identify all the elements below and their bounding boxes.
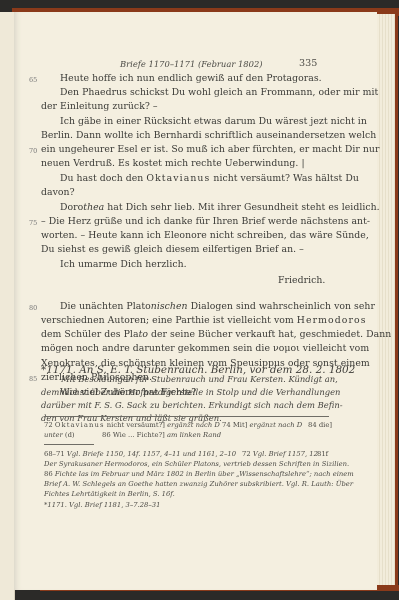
text-line: Den Phaedrus schickst Du wohl gleich an … bbox=[60, 87, 378, 98]
text-span: der seine Bücher verkauft hat, geschmied… bbox=[148, 329, 391, 340]
note-italic: Vgl. Briefe 1150, 14f. 1157, 4–11 und 11… bbox=[67, 450, 236, 458]
note-italic: ergänzt nach D bbox=[167, 421, 220, 429]
note-ref: 74 bbox=[222, 421, 233, 429]
note-italic: Fichte las im Februar und März 1802 in B… bbox=[55, 470, 354, 478]
text-span: hat Dich sehr lieb. Mit ihrer Gesundheit… bbox=[104, 202, 379, 213]
text-span: Dialogen sind wahrscheinlich von sehr bbox=[188, 301, 375, 312]
text-line: – Die Herz grüße und ich danke für Ihren… bbox=[41, 216, 370, 227]
text-line: der Einleitung zurück? – bbox=[41, 101, 158, 112]
line-number: 80 bbox=[29, 304, 37, 312]
note-text: (d) bbox=[63, 431, 75, 439]
text-line: mögen noch andre darunter gekommen sein … bbox=[41, 343, 369, 354]
text-line: worten. – Heute kann ich Eleonore nicht … bbox=[41, 230, 369, 241]
apparatus-line: 74 Mit] ergänzt nach D bbox=[222, 421, 302, 429]
text-span: nicht versäumt? Was hältst Du bbox=[210, 173, 358, 184]
text-line: Dorothea hat Dich sehr lieb. Mit ihrer G… bbox=[60, 202, 380, 213]
note-ref: 86 bbox=[102, 431, 113, 439]
spaced-name: Oktavianus bbox=[146, 173, 210, 184]
regest-line: Mit Besoldungen für Stubenrauch und Frau… bbox=[61, 374, 338, 384]
commentary-rule bbox=[44, 444, 94, 445]
note-italic: unter bbox=[44, 431, 63, 439]
note-italic: Fichtes Lehrtätigkeit in Berlin, S. 16f. bbox=[44, 490, 175, 498]
regest-line: demnächst über die Hofpredigerstelle in … bbox=[41, 387, 340, 397]
note-italic: Vgl. Brief 1157, 12 bbox=[253, 450, 318, 458]
note-text: nicht versäumt?] bbox=[105, 421, 167, 429]
note-italic: Brief A. W. Schlegels an Goethe hatten z… bbox=[44, 480, 353, 488]
apparatus-rule bbox=[44, 416, 329, 417]
commentary-line: 81f bbox=[317, 450, 328, 458]
note-text: die] bbox=[319, 421, 332, 429]
text-span: verschiednen Autoren; eine Parthie ist v… bbox=[41, 315, 297, 326]
note-italic: ergänzt nach D bbox=[250, 421, 303, 429]
note-italic: Vgl. Brief 1181, 3–7.28–31 bbox=[67, 501, 161, 509]
note-ref: 86 bbox=[44, 470, 55, 478]
spaced-name: Hermodoros bbox=[297, 315, 367, 326]
text-line: Du hast doch den Oktavianus nicht versäu… bbox=[60, 173, 359, 184]
line-number: 75 bbox=[29, 219, 37, 227]
commentary-line: Der Syrakusaner Hermodoros, ein Schüler … bbox=[44, 460, 349, 468]
page-stack-edges bbox=[377, 14, 395, 588]
commentary-line: Fichtes Lehrtätigkeit in Berlin, S. 16f. bbox=[44, 490, 175, 498]
italic-span: to bbox=[139, 329, 148, 340]
running-title: Briefe 1170–1171 (Februar 1802) bbox=[120, 59, 263, 69]
line-number: 70 bbox=[29, 147, 37, 155]
page-content: Briefe 1170–1171 (Februar 1802) 335 65 H… bbox=[14, 12, 377, 590]
regest-line: darüber mit F. S. G. Sack zu berichten. … bbox=[41, 400, 343, 410]
apparatus-line: 72 Oktavianus nicht versäumt?] ergänzt n… bbox=[44, 421, 220, 429]
text-line: Die unächten Platonischen Dialogen sind … bbox=[60, 301, 375, 312]
line-number: 85 bbox=[29, 375, 37, 383]
note-ref: 72 bbox=[44, 421, 55, 429]
commentary-line: 68–71 Vgl. Briefe 1150, 14f. 1157, 4–11 … bbox=[44, 450, 236, 458]
text-span: Die unächten Plato bbox=[60, 301, 151, 312]
commentary-line: 72 Vgl. Brief 1157, 12 bbox=[242, 450, 318, 458]
note-italic: Der Syrakusaner Hermodoros, ein Schüler … bbox=[44, 460, 349, 468]
apparatus-line: 86 Wie ... Fichte?] am linken Rand bbox=[102, 431, 221, 439]
spaced-name: Oktavianus bbox=[55, 421, 105, 429]
text-line: Heute hoffe ich nun endlich gewiß auf de… bbox=[60, 73, 322, 84]
apparatus-line: 84 die] bbox=[308, 421, 332, 429]
note-ref: *1171. bbox=[44, 501, 67, 509]
note-italic: am linken Rand bbox=[167, 431, 221, 439]
text-span: dem Schüler des Pla bbox=[41, 329, 139, 340]
text-line: Ich umarme Dich herzlich. bbox=[60, 259, 187, 270]
text-line: verschiednen Autoren; eine Parthie ist v… bbox=[41, 315, 367, 326]
text-span: Doro bbox=[60, 202, 83, 213]
line-number: 65 bbox=[29, 76, 37, 84]
text-line: Berlin. Dann wollte ich Bernhardi schrif… bbox=[41, 130, 376, 141]
note-text: Wie ... Fichte?] bbox=[113, 431, 167, 439]
signature: Friedrich. bbox=[278, 275, 325, 286]
note-ref: 84 bbox=[308, 421, 319, 429]
apparatus-line: unter (d) bbox=[44, 431, 75, 439]
text-span: Du hast doch den bbox=[60, 173, 146, 184]
text-line: davon? bbox=[41, 187, 75, 198]
book-page: Briefe 1170–1171 (Februar 1802) 335 65 H… bbox=[14, 12, 377, 590]
text-line: dem Schüler des Plato der seine Bücher v… bbox=[41, 329, 391, 340]
italic-span: nischen bbox=[151, 301, 188, 312]
text-line: Du siehst es gewiß gleich diesem eilfert… bbox=[41, 244, 304, 255]
note-text: Mit] bbox=[233, 421, 250, 429]
text-line: neuen Verdruß. Es kostet mich rechte Ueb… bbox=[41, 158, 305, 169]
commentary-line: Brief A. W. Schlegels an Goethe hatten z… bbox=[44, 480, 353, 488]
commentary-line: 86 Fichte las im Februar und März 1802 i… bbox=[44, 470, 354, 478]
page-number: 335 bbox=[299, 58, 317, 69]
note-ref: 68–71 bbox=[44, 450, 67, 458]
book-cover-right-edge bbox=[395, 12, 398, 590]
note-ref: 72 bbox=[242, 450, 253, 458]
text-line: Ich gäbe in einer Rücksicht etwas darum … bbox=[60, 116, 367, 127]
text-line: ein ungeheurer Esel er ist. So muß ich a… bbox=[41, 144, 379, 155]
left-page-edge bbox=[0, 12, 15, 600]
italic-span: thea bbox=[83, 202, 104, 213]
commentary-line: *1171. Vgl. Brief 1181, 3–7.28–31 bbox=[44, 501, 160, 509]
